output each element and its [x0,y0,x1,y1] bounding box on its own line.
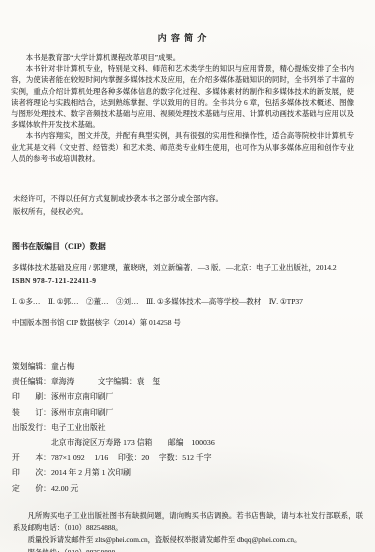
cip-record: 中国版本图书馆 CIP 数据核字（2014）第 014258 号 [12,317,357,328]
footer-note-exchange: 凡所购买电子工业出版社图书有缺损问题，请向购买书店调换。若书店售缺，请与本社发行… [13,510,363,535]
summary-paragraph: 本书内容翔实，图文并茂，并配有典型实例，具有很强的实用性和操作性，适合高等院校非… [11,130,354,164]
summary-section: 内 容 简 介 本书是教育部“大学计算机课程改革项目”成果。 本书针对非计算机专… [0,0,375,164]
cip-isbn: ISBN 978-7-121-22411-9 [12,276,357,285]
footer-note-complaint-email: 质量投诉请发邮件至 zlts@phei.com.cn，盗版侵权举报请发邮件至 d… [13,534,363,546]
colophon-row-publisher: 出版发行：电子工业出版社 [12,420,363,435]
colophon-row-responsible-editor: 责任编辑：章海涛 文字编辑：袁 玺 [12,374,363,389]
colophon-row-planning-editor: 策划编辑：童占梅 [12,359,363,374]
summary-paragraph: 本书是教育部“大学计算机课程改革项目”成果。 [11,52,354,63]
notice-line: 版权所有，侵权必究。 [13,206,355,219]
cip-heading: 图书在版编目（CIP）数据 [12,241,357,252]
copyright-notice: 未经许可，不得以任何方式复制或抄袭本书之部分或全部内容。 版权所有，侵权必究。 [0,193,375,218]
summary-paragraph: 本书针对非计算机专业，特别是文科、师范和艺术类学生的知识与应用背景，精心提炼安排… [11,63,354,130]
colophon-row-print-run: 印 次：2014 年 2 月第 1 次印刷 [12,465,363,480]
colophon-row-binding: 装 订：涿州市京南印刷厂 [12,405,363,420]
copyright-page: 内 容 简 介 本书是教育部“大学计算机课程改革项目”成果。 本书针对非计算机专… [0,0,375,552]
footer-note-hotline: 服务热线：（010）88258888。 [13,547,363,552]
notice-line: 未经许可，不得以任何方式复制或抄袭本书之部分或全部内容。 [13,193,355,206]
colophon-row-printer: 印 刷：涿州市京南印刷厂 [12,389,363,404]
cip-entry: 多媒体技术基础及应用 / 郭建璞，董晓晓，刘立新编著．—3 版．—北京：电子工业… [12,262,357,273]
cip-classification: Ⅰ. ①多… Ⅱ. ①郭… ②董… ③刘… Ⅲ. ①多媒体技术—高等学校—教材 … [12,296,357,307]
colophon-row-publisher-address: 北京市海淀区万寿路 173 信箱 邮编 100036 [12,435,363,450]
summary-title: 内 容 简 介 [11,31,354,44]
colophon-row-price: 定 价：42.00 元 [12,481,363,496]
colophon-row-format: 开 本：787×1 092 1/16 印张：20 字数：512 千字 [12,450,363,465]
footer-notes: 凡所购买电子工业出版社图书有缺损问题，请向购买书店调换。若书店售缺，请与本社发行… [0,510,375,552]
cip-section: 图书在版编目（CIP）数据 多媒体技术基础及应用 / 郭建璞，董晓晓，刘立新编著… [0,241,375,328]
colophon-section: 策划编辑：童占梅 责任编辑：章海涛 文字编辑：袁 玺 印 刷：涿州市京南印刷厂 … [0,359,375,496]
